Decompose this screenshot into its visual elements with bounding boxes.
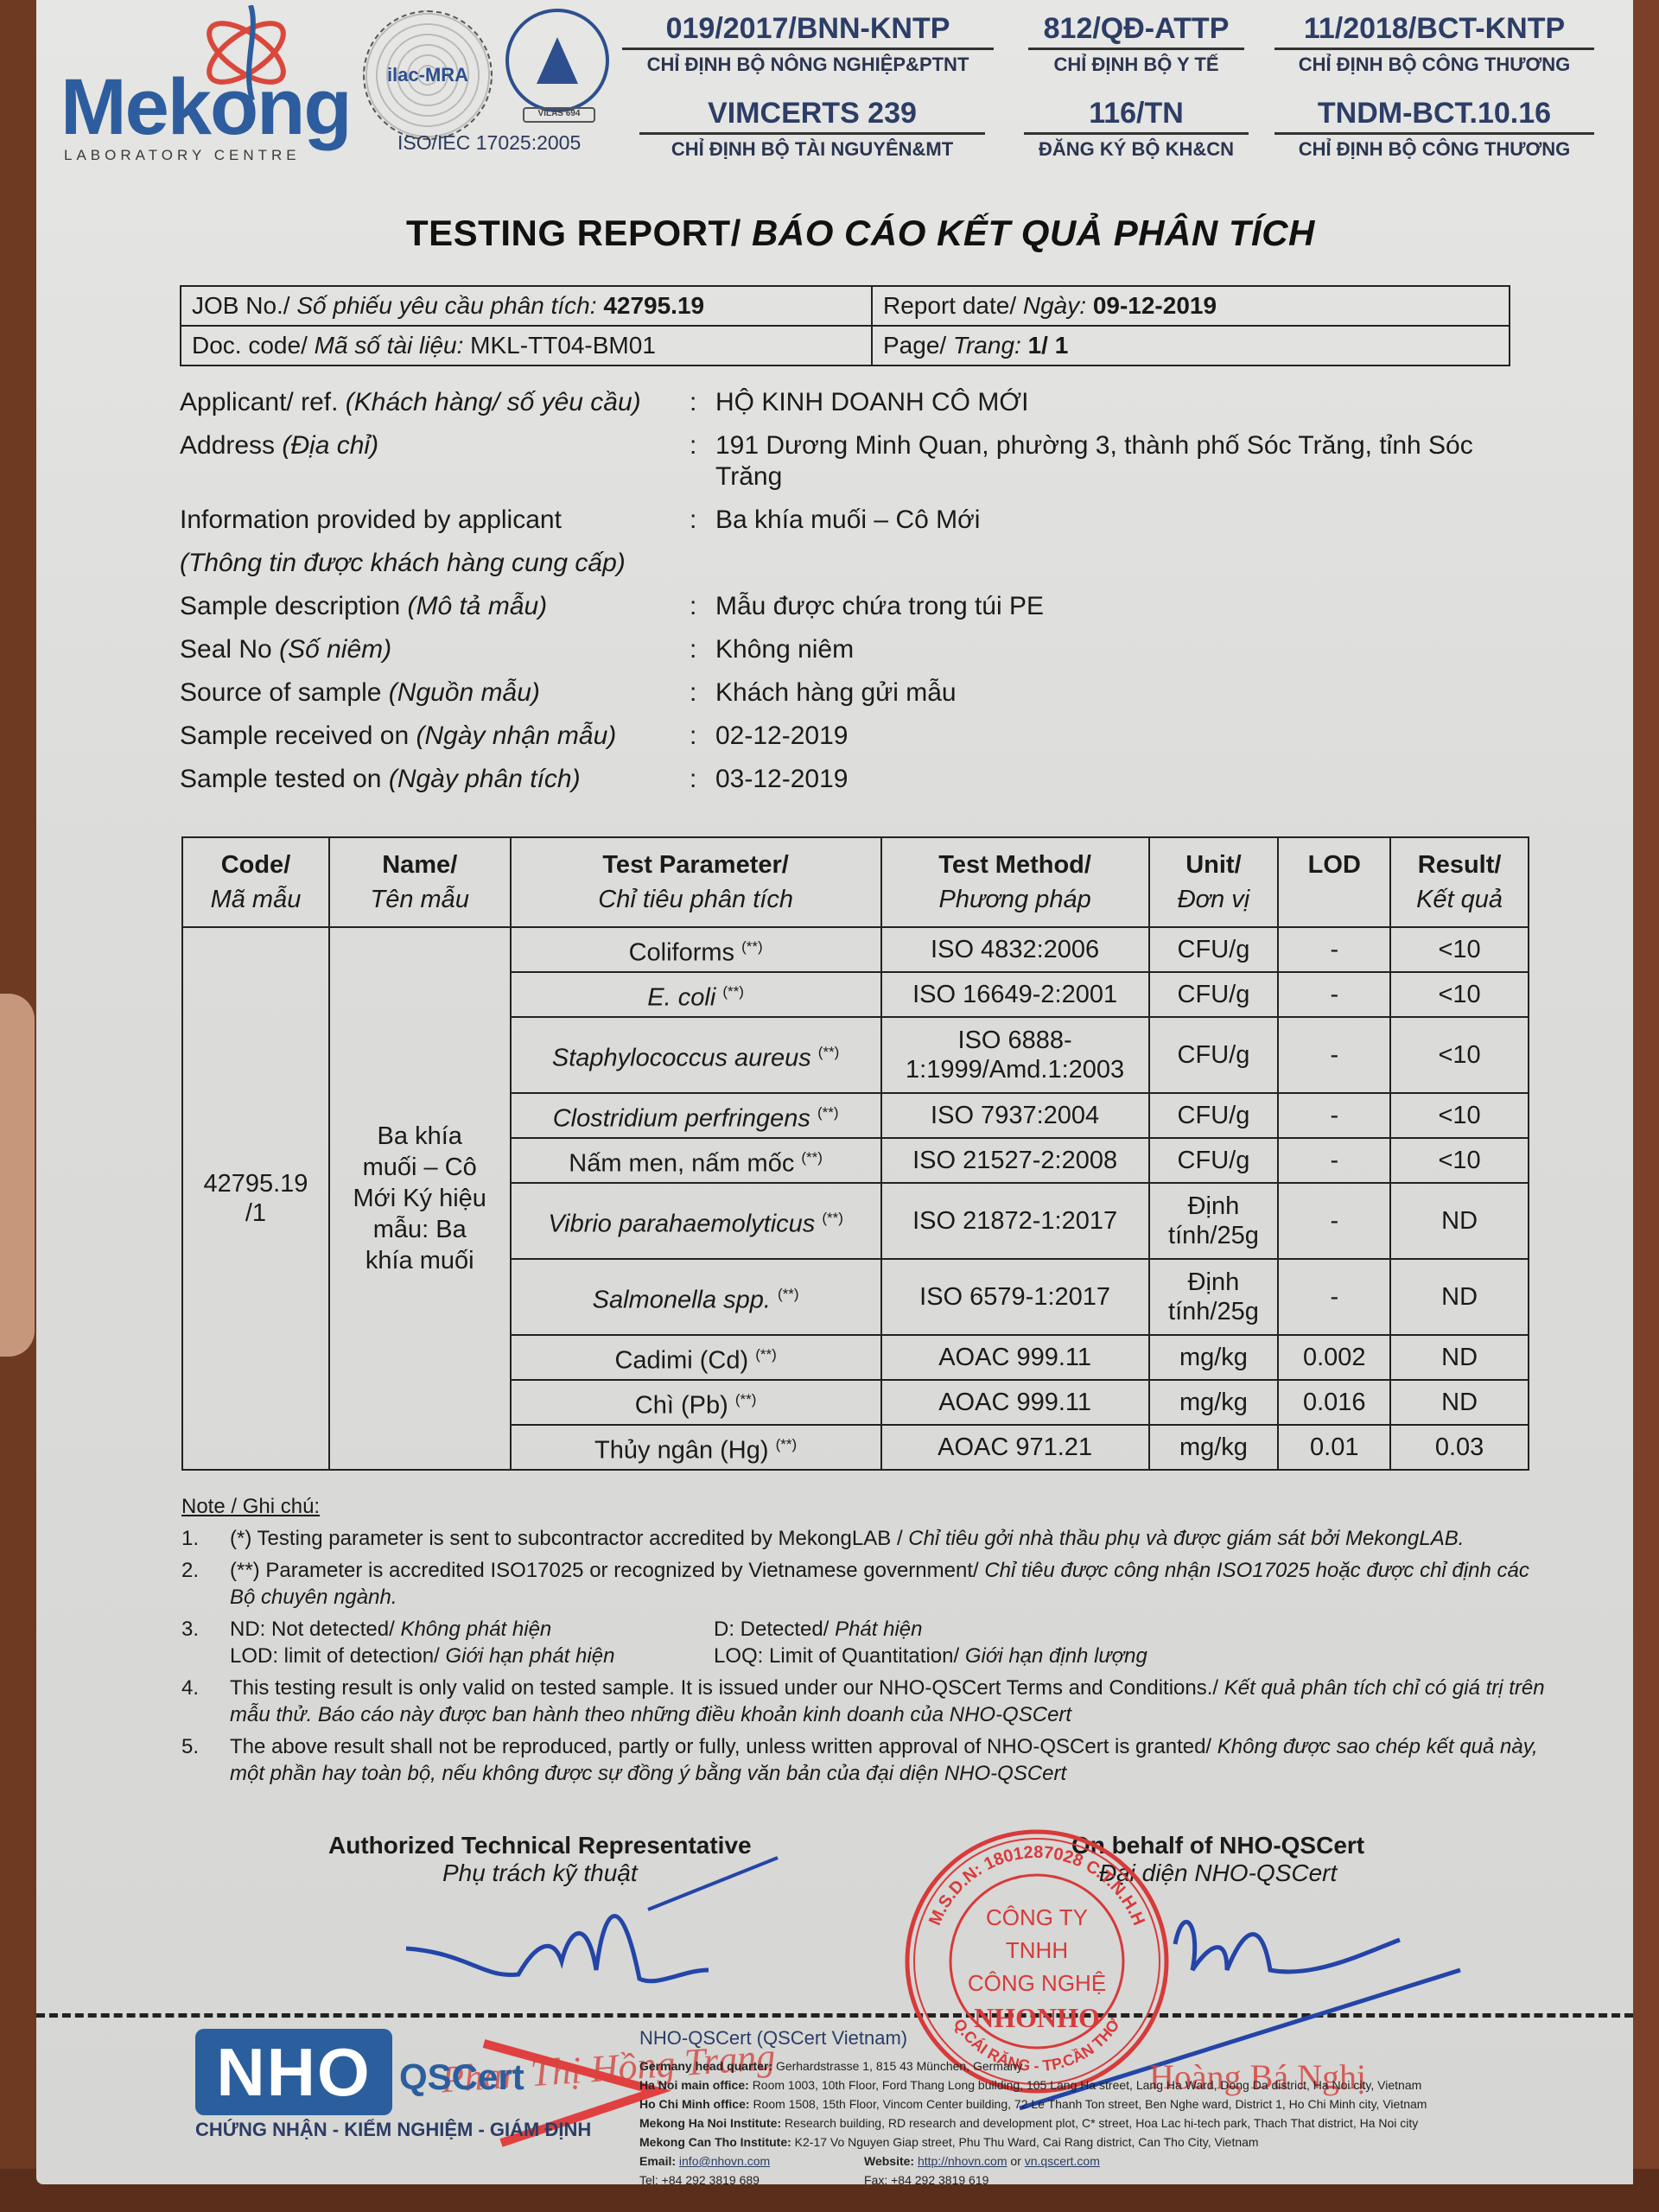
parameter-cell: Thủy ngân (Hg) (**) [511, 1425, 881, 1470]
parameter-cell: Cadimi (Cd) (**) [511, 1335, 881, 1380]
signature-title-vi: Phụ trách kỹ thuật [442, 1859, 638, 1886]
note-text-en: (*) Testing parameter is sent to subcont… [230, 1527, 908, 1550]
cert-number: 116/TN [1024, 97, 1249, 135]
sample-code-cell: 42795.19 /1 [182, 927, 329, 1470]
parameter-cell: Clostridium perfringens (**) [511, 1093, 881, 1138]
colon: : [690, 505, 715, 536]
lod-cell: 0.016 [1278, 1380, 1390, 1425]
result-cell: <10 [1390, 972, 1529, 1017]
unit-cell: Định tính/25g [1149, 1183, 1279, 1259]
accreditation-mark: (**) [722, 983, 744, 1000]
info-label-en: Source of sample [180, 678, 389, 707]
lod-cell: 0.01 [1278, 1425, 1390, 1470]
abbreviation-grid: ND: Not detected/ Không phát hiệnD: Dete… [230, 1616, 1547, 1669]
column-header: Code/Mã mẫu [182, 837, 329, 927]
info-value: 03-12-2019 [715, 764, 1528, 795]
mekong-logo: Mekong LABORATORY CENTRE [60, 26, 337, 156]
svg-text:TNHH: TNHH [1006, 1937, 1068, 1963]
cert-number: 019/2017/BNN-KNTP [622, 12, 994, 50]
parameter-cell: Chì (Pb) (**) [511, 1380, 881, 1425]
accreditation-mark: (**) [778, 1286, 799, 1302]
info-row: Applicant/ ref. (Khách hàng/ số yêu cầu)… [180, 387, 1528, 418]
result-cell: <10 [1390, 1017, 1529, 1093]
finger-edge [0, 994, 35, 1357]
accreditation-mark: (**) [818, 1044, 840, 1060]
note-number: 4. [181, 1675, 230, 1728]
title-vi: BÁO CÁO KẾT QUẢ PHÂN TÍCH [752, 213, 1315, 253]
method-cell: AOAC 999.11 [881, 1380, 1149, 1425]
cert-label: ĐĂNG KÝ BỘ KH&CN [1024, 138, 1249, 161]
column-header-vi [1282, 882, 1386, 917]
info-row: Information provided by applicant:Ba khí… [180, 505, 1528, 536]
ilac-label: ilac-MRA [387, 64, 468, 86]
lod-cell: - [1278, 927, 1390, 972]
info-row: Sample tested on (Ngày phân tích):03-12-… [180, 764, 1528, 795]
abbr-d: D: Detected/ Phát hiện [714, 1616, 1547, 1643]
result-cell: ND [1390, 1335, 1529, 1380]
info-label-en: Information provided by applicant [180, 505, 562, 534]
info-label-en: Sample received on [180, 721, 416, 750]
footer-contact: NHO-QSCert (QSCert Vietnam) Germany head… [639, 2029, 1555, 2190]
note-text-en: (**) Parameter is accredited ISO17025 or… [230, 1559, 984, 1582]
footer-value: Room 1003, 10th Floor, Ford Thang Long b… [753, 2078, 1422, 2092]
note-number: 3. [181, 1616, 230, 1669]
unit-cell: mg/kg [1149, 1425, 1279, 1470]
doc-code: MKL-TT04-BM01 [470, 332, 656, 359]
mekong-logo-subtitle: LABORATORY CENTRE [64, 147, 301, 164]
cert-label: CHỈ ĐỊNH BỘ Y TẾ [1028, 54, 1244, 76]
cert-label: CHỈ ĐỊNH BỘ CÔNG THƯƠNG [1274, 138, 1594, 161]
report-date: 09-12-2019 [1093, 292, 1217, 319]
note-item: 2.(**) Parameter is accredited ISO17025 … [181, 1557, 1547, 1611]
info-label-vi: (Thông tin được khách hàng cung cấp) [180, 549, 626, 577]
footer-address-line: Ho Chi Minh office: Room 1508, 15th Floo… [639, 2094, 1555, 2113]
unit-cell: CFU/g [1149, 927, 1279, 972]
mekong-logo-word: Mekong [60, 62, 351, 153]
column-header: Test Parameter/Chỉ tiêu phân tích [511, 837, 881, 927]
parameter-name: Cadimi (Cd) [614, 1346, 748, 1374]
info-label: Source of sample (Nguồn mẫu) [180, 677, 690, 709]
result-cell: ND [1390, 1183, 1529, 1259]
info-value: 02-12-2019 [715, 721, 1528, 752]
column-header-vi: Đơn vị [1154, 882, 1274, 917]
info-value [715, 548, 1528, 579]
method-cell: ISO 6579-1:2017 [881, 1259, 1149, 1335]
parameter-cell: E. coli (**) [511, 972, 881, 1017]
accreditation-mark: (**) [755, 1346, 777, 1363]
footer-address-line: Mekong Ha Noi Institute: Research buildi… [639, 2113, 1555, 2133]
cert-number: VIMCERTS 239 [639, 97, 985, 135]
colon: : [690, 634, 715, 665]
method-cell: ISO 21872-1:2017 [881, 1183, 1149, 1259]
footer-label: Ho Chi Minh office: [639, 2097, 753, 2111]
results-table: Code/Mã mẫuName/Tên mẫuTest Parameter/Ch… [181, 836, 1529, 1471]
lod-cell: - [1278, 1259, 1390, 1335]
note-text: This testing result is only valid on tes… [230, 1675, 1547, 1728]
cert-label: CHỈ ĐỊNH BỘ CÔNG THƯƠNG [1274, 54, 1594, 76]
info-row: Sample description (Mô tả mẫu):Mẫu được … [180, 591, 1528, 622]
info-value: Không niêm [715, 634, 1528, 665]
info-label: Sample description (Mô tả mẫu) [180, 591, 690, 622]
parameter-name: Staphylococcus aureus [552, 1044, 811, 1071]
unit-cell: mg/kg [1149, 1380, 1279, 1425]
website-link-2[interactable]: vn.qscert.com [1025, 2154, 1100, 2168]
lod-cell: - [1278, 972, 1390, 1017]
cert-block: 116/TN ĐĂNG KÝ BỘ KH&CN [1024, 97, 1249, 161]
report-title: TESTING REPORT/ BÁO CÁO KẾT QUẢ PHÂN TÍC… [406, 213, 1315, 254]
email-line: Email: info@nhovn.com [639, 2152, 864, 2171]
parameter-cell: Salmonella spp. (**) [511, 1259, 881, 1335]
footer-label: Mekong Ha Noi Institute: [639, 2116, 785, 2130]
info-label: (Thông tin được khách hàng cung cấp) [180, 548, 690, 579]
svg-text:CÔNG TY: CÔNG TY [986, 1904, 1088, 1930]
job-number-cell: JOB No./ Số phiếu yêu cầu phân tích: 427… [181, 286, 872, 326]
cut-line-divider [36, 2013, 1633, 2018]
result-cell: <10 [1390, 927, 1529, 972]
signature-title: Authorized Technical Representative [328, 1832, 752, 1859]
colon: : [690, 764, 715, 795]
parameter-name: Salmonella spp. [593, 1286, 771, 1313]
job-number: 42795.19 [603, 292, 704, 319]
info-label: Applicant/ ref. (Khách hàng/ số yêu cầu) [180, 387, 690, 418]
column-header: Result/Kết quả [1390, 837, 1529, 927]
cert-label: CHỈ ĐỊNH BỘ NÔNG NGHIỆP&PTNT [622, 54, 994, 76]
column-header-en: Test Parameter/ [602, 851, 788, 879]
iso-standard: ISO/IEC 17025:2005 [397, 131, 581, 155]
result-cell: 0.03 [1390, 1425, 1529, 1470]
table-row: 42795.19 /1Ba khía muối – Cô Mới Ký hiệu… [182, 927, 1529, 972]
info-row: Address (Địa chỉ):191 Dương Minh Quan, p… [180, 430, 1528, 493]
cert-number: 11/2018/BCT-KNTP [1274, 12, 1594, 50]
nho-tagline: CHỨNG NHẬN - KIỂM NGHIỆM - GIÁM ĐỊNH [195, 2119, 591, 2141]
sample-name-cell: Ba khía muối – Cô Mới Ký hiệu mẫu: Ba kh… [329, 927, 511, 1470]
fax-line: Fax: +84 292 3819 619 [864, 2171, 1555, 2190]
cert-block: 019/2017/BNN-KNTP CHỈ ĐỊNH BỘ NÔNG NGHIỆ… [622, 12, 994, 76]
info-label: Sample received on (Ngày nhận mẫu) [180, 721, 690, 752]
cert-block: 11/2018/BCT-KNTP CHỈ ĐỊNH BỘ CÔNG THƯƠNG [1274, 12, 1594, 76]
info-label-vi: (Ngày phân tích) [389, 765, 581, 793]
parameter-name: Thủy ngân (Hg) [594, 1436, 769, 1464]
info-label-vi: (Địa chỉ) [282, 431, 378, 460]
vilas-badge: VILAS 694 [523, 107, 595, 123]
info-label-en: Sample description [180, 592, 407, 620]
abbr-loq: LOQ: Limit of Quantitation/ Giới hạn địn… [714, 1643, 1547, 1669]
note-text: ND: Not detected/ Không phát hiệnD: Dete… [230, 1616, 1547, 1669]
parameter-name: E. coli [647, 983, 715, 1011]
abbr-lod: LOD: limit of detection/ Giới hạn phát h… [230, 1643, 714, 1669]
column-header: Unit/Đơn vị [1149, 837, 1279, 927]
info-row: (Thông tin được khách hàng cung cấp) [180, 548, 1528, 579]
result-cell: <10 [1390, 1093, 1529, 1138]
info-label: Address (Địa chỉ) [180, 430, 690, 493]
note-text: The above result shall not be reproduced… [230, 1733, 1547, 1787]
info-value: 191 Dương Minh Quan, phường 3, thành phố… [715, 430, 1528, 493]
info-value: Khách hàng gửi mẫu [715, 677, 1528, 709]
info-label: Sample tested on (Ngày phân tích) [180, 764, 690, 795]
sample-info: Applicant/ ref. (Khách hàng/ số yêu cầu)… [180, 387, 1528, 807]
colon: : [690, 430, 715, 493]
footer-label: Ha Noi main office: [639, 2078, 753, 2092]
accreditation-mark: (**) [817, 1104, 839, 1121]
info-row: Source of sample (Nguồn mẫu):Khách hàng … [180, 677, 1528, 709]
note-number: 2. [181, 1557, 230, 1611]
lod-cell: - [1278, 1093, 1390, 1138]
org-name: NHO-QSCert (QSCert Vietnam) [639, 2029, 1555, 2048]
parameter-name: Chì (Pb) [635, 1391, 728, 1419]
info-label: Information provided by applicant [180, 505, 690, 536]
ilac-mra-logo: ilac-MRA [363, 10, 493, 140]
footer-value: Research building, RD research and devel… [785, 2116, 1418, 2130]
parameter-name: Vibrio parahaemolyticus [548, 1210, 815, 1237]
info-row: Seal No (Số niêm):Không niêm [180, 634, 1528, 665]
info-label: Seal No (Số niêm) [180, 634, 690, 665]
tel-line: Tel: +84 292 3819 689 [639, 2171, 864, 2190]
footer-label: Germany head quarter: [639, 2059, 776, 2073]
footer-address-line: Ha Noi main office: Room 1003, 10th Floo… [639, 2075, 1555, 2094]
accreditation-mark: (**) [776, 1436, 798, 1452]
results-header-row: Code/Mã mẫuName/Tên mẫuTest Parameter/Ch… [182, 837, 1529, 927]
result-cell: <10 [1390, 1138, 1529, 1183]
website-line: Website: http://nhovn.com or vn.qscert.c… [864, 2152, 1555, 2171]
column-header-vi: Kết quả [1395, 882, 1524, 917]
cert-block: 812/QĐ-ATTP CHỈ ĐỊNH BỘ Y TẾ [1028, 12, 1244, 76]
info-label-vi: (Số niêm) [279, 635, 391, 664]
parameter-cell: Vibrio parahaemolyticus (**) [511, 1183, 881, 1259]
note-text: (*) Testing parameter is sent to subcont… [230, 1525, 1547, 1552]
method-cell: ISO 16649-2:2001 [881, 972, 1149, 1017]
info-label-vi: (Ngày nhận mẫu) [416, 721, 617, 750]
footer-value: Room 1508, 15th Floor, Vincom Center bui… [753, 2097, 1427, 2111]
unit-cell: CFU/g [1149, 1093, 1279, 1138]
email-link[interactable]: info@nhovn.com [679, 2154, 770, 2168]
column-header-en: LOD [1308, 851, 1361, 879]
boa-vietnam-logo [505, 9, 609, 112]
method-cell: AOAC 999.11 [881, 1335, 1149, 1380]
cert-number: 812/QĐ-ATTP [1028, 12, 1244, 50]
note-text-vi: Chỉ tiêu gởi nhà thầu phụ và được giám s… [908, 1527, 1464, 1550]
parameter-cell: Coliforms (**) [511, 927, 881, 972]
website-link[interactable]: http://nhovn.com [918, 2154, 1007, 2168]
svg-text:CÔNG NGHỆ: CÔNG NGHỆ [968, 1970, 1106, 1996]
info-label-en: Sample tested on [180, 765, 389, 793]
method-cell: ISO 4832:2006 [881, 927, 1149, 972]
footer-address-line: Mekong Can Tho Institute: K2-17 Vo Nguye… [639, 2133, 1555, 2152]
info-label-en: Applicant/ ref. [180, 388, 346, 416]
colon [690, 548, 715, 579]
lod-cell: - [1278, 1183, 1390, 1259]
result-cell: ND [1390, 1380, 1529, 1425]
parameter-cell: Staphylococcus aureus (**) [511, 1017, 881, 1093]
notes-section: Note / Ghi chú:1.(*) Testing parameter i… [181, 1493, 1547, 1792]
note-number: 1. [181, 1525, 230, 1552]
accreditation-mark: (**) [735, 1391, 757, 1408]
note-text-en: This testing result is only valid on tes… [230, 1676, 1224, 1700]
note-item: 4.This testing result is only valid on t… [181, 1675, 1547, 1728]
column-header-vi: Tên mẫu [334, 882, 506, 917]
method-cell: ISO 21527-2:2008 [881, 1138, 1149, 1183]
lod-cell: 0.002 [1278, 1335, 1390, 1380]
report-date-cell: Report date/ Ngày: 09-12-2019 [872, 286, 1510, 326]
info-label-en: Address [180, 431, 282, 460]
doc-code-cell: Doc. code/ Mã số tài liệu: MKL-TT04-BM01 [181, 326, 872, 365]
colon: : [690, 721, 715, 752]
footer-label: Mekong Can Tho Institute: [639, 2135, 795, 2149]
job-info-table: JOB No./ Số phiếu yêu cầu phân tích: 427… [180, 285, 1510, 366]
abbr-nd: ND: Not detected/ Không phát hiện [230, 1616, 714, 1643]
page-number: 1/ 1 [1028, 332, 1069, 359]
note-text: (**) Parameter is accredited ISO17025 or… [230, 1557, 1547, 1611]
qscert-logo-text: QSCert [399, 2056, 524, 2098]
lod-cell: - [1278, 1138, 1390, 1183]
footer-address-line: Germany head quarter: Gerhardstrasse 1, … [639, 2056, 1555, 2075]
column-header: Name/Tên mẫu [329, 837, 511, 927]
info-value: Mẫu được chứa trong túi PE [715, 591, 1528, 622]
column-header-en: Result/ [1418, 851, 1502, 879]
unit-cell: mg/kg [1149, 1335, 1279, 1380]
nho-logo: NHO [195, 2029, 392, 2115]
accreditation-mark: (**) [801, 1149, 823, 1166]
cert-block: VIMCERTS 239 CHỈ ĐỊNH BỘ TÀI NGUYÊN&MT [639, 97, 985, 161]
footer-value: Gerhardstrasse 1, 815 43 München, German… [776, 2059, 1023, 2073]
triangle-icon [537, 37, 578, 84]
method-cell: AOAC 971.21 [881, 1425, 1149, 1470]
info-value: Ba khía muối – Cô Mới [715, 505, 1528, 536]
method-cell: ISO 7937:2004 [881, 1093, 1149, 1138]
column-header-en: Name/ [382, 851, 457, 879]
parameter-cell: Nấm men, nấm mốc (**) [511, 1138, 881, 1183]
column-header-en: Code/ [221, 851, 291, 879]
column-header-vi: Mã mẫu [187, 882, 325, 917]
note-number: 5. [181, 1733, 230, 1787]
column-header: LOD [1278, 837, 1390, 927]
info-label-vi: (Mô tả mẫu) [407, 592, 547, 620]
parameter-name: Coliforms [629, 938, 734, 966]
cert-number: TNDM-BCT.10.16 [1274, 97, 1594, 135]
technical-representative-signature: Authorized Technical Representative Phụ … [328, 1832, 752, 1887]
unit-cell: Định tính/25g [1149, 1259, 1279, 1335]
parameter-name: Clostridium perfringens [553, 1104, 810, 1132]
note-text-en: The above result shall not be reproduced… [230, 1735, 1217, 1758]
title-en: TESTING REPORT/ [406, 213, 752, 253]
colon: : [690, 677, 715, 709]
cert-block: TNDM-BCT.10.16 CHỈ ĐỊNH BỘ CÔNG THƯƠNG [1274, 97, 1594, 161]
unit-cell: CFU/g [1149, 1138, 1279, 1183]
footer-value: K2-17 Vo Nguyen Giap street, Phu Thu War… [795, 2135, 1259, 2149]
note-item: 3.ND: Not detected/ Không phát hiệnD: De… [181, 1616, 1547, 1669]
column-header-en: Unit/ [1185, 851, 1241, 879]
colon: : [690, 591, 715, 622]
result-cell: ND [1390, 1259, 1529, 1335]
method-cell: ISO 6888-1:1999/Amd.1:2003 [881, 1017, 1149, 1093]
info-value: HỘ KINH DOANH CÔ MỚI [715, 387, 1528, 418]
unit-cell: CFU/g [1149, 1017, 1279, 1093]
lod-cell: - [1278, 1017, 1390, 1093]
info-label-vi: (Nguồn mẫu) [389, 678, 540, 707]
column-header: Test Method/Phương pháp [881, 837, 1149, 927]
info-row: Sample received on (Ngày nhận mẫu):02-12… [180, 721, 1528, 752]
colon: : [690, 387, 715, 418]
note-item: 1.(*) Testing parameter is sent to subco… [181, 1525, 1547, 1552]
info-label-en: Seal No [180, 635, 279, 664]
note-item: 5.The above result shall not be reproduc… [181, 1733, 1547, 1787]
notes-heading: Note / Ghi chú: [181, 1493, 1547, 1520]
column-header-vi: Chỉ tiêu phân tích [515, 882, 877, 917]
accreditation-mark: (**) [741, 938, 763, 955]
info-label-vi: (Khách hàng/ số yêu cầu) [346, 388, 641, 416]
column-header-en: Test Method/ [938, 851, 1091, 879]
unit-cell: CFU/g [1149, 972, 1279, 1017]
page-cell: Page/ Trang: 1/ 1 [872, 326, 1510, 365]
cert-label: CHỈ ĐỊNH BỘ TÀI NGUYÊN&MT [639, 138, 985, 161]
parameter-name: Nấm men, nấm mốc [569, 1149, 794, 1177]
column-header-vi: Phương pháp [886, 882, 1145, 917]
accreditation-mark: (**) [822, 1210, 843, 1226]
